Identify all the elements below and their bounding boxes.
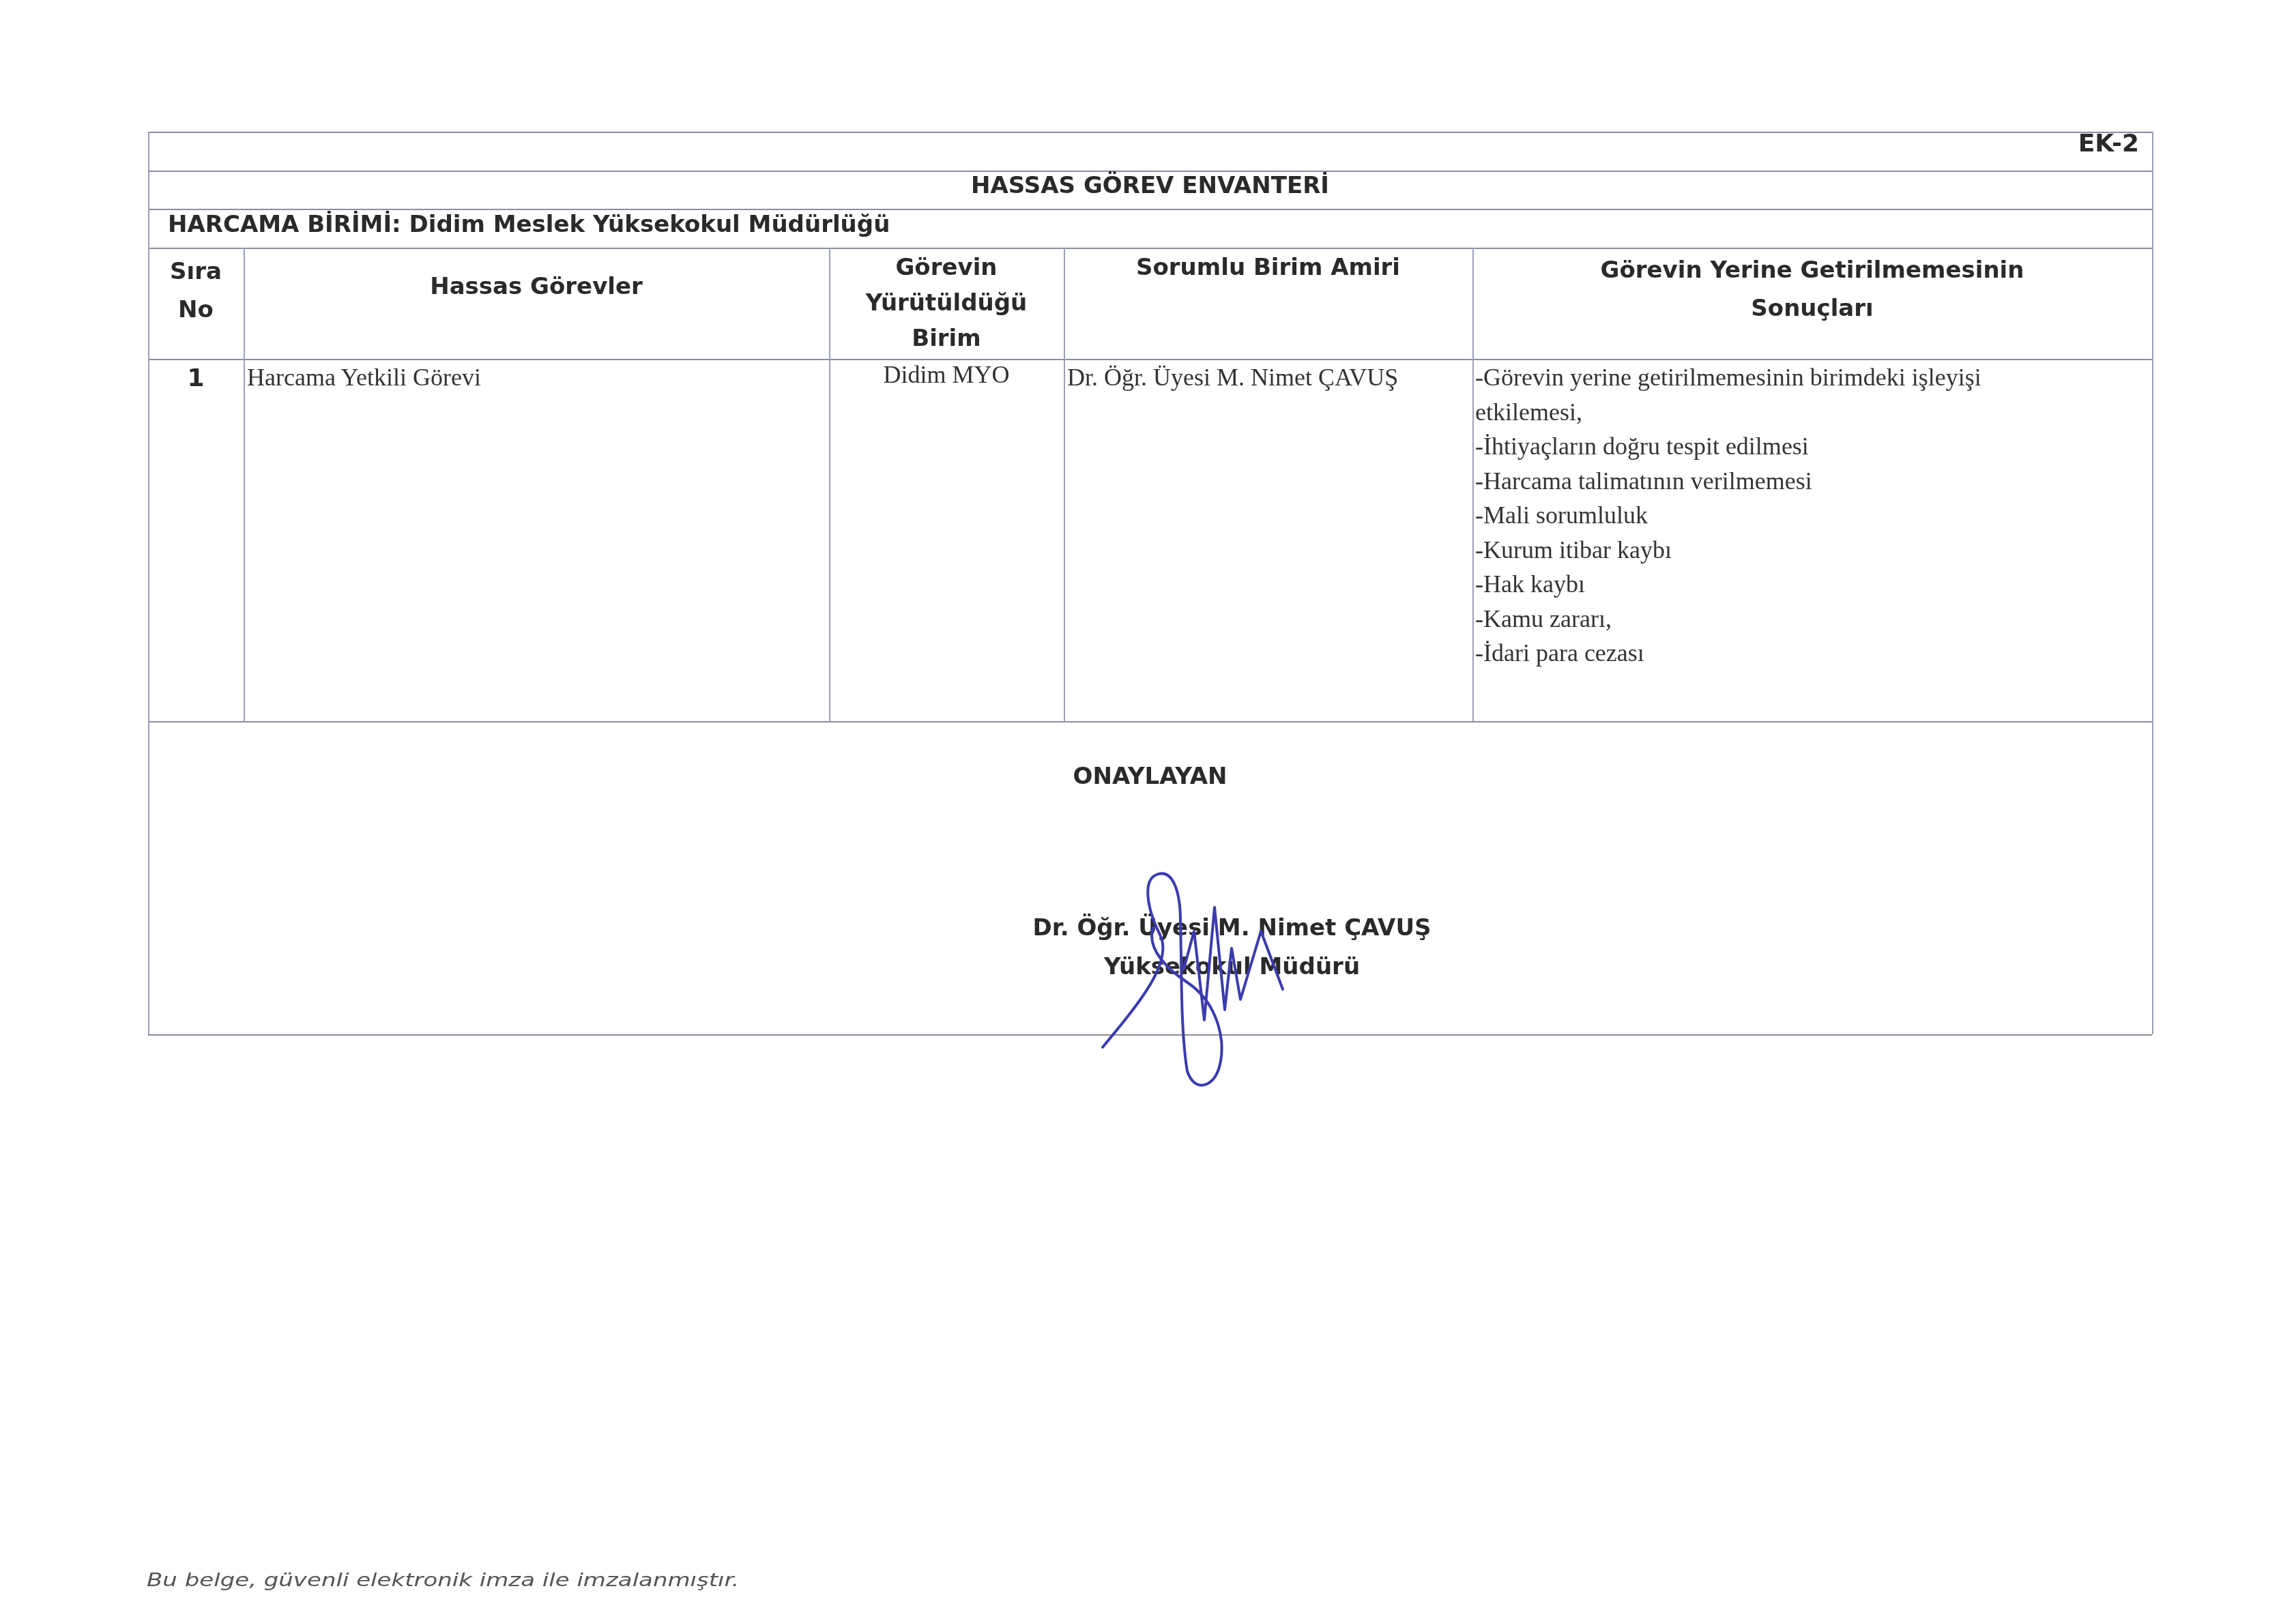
header-sorumlu-birim-amiri: Sorumlu Birim Amiri xyxy=(1064,248,1472,287)
table-top-border xyxy=(148,132,2152,133)
header-sira-no: Sıra No xyxy=(148,252,244,329)
row-1-no: 1 xyxy=(148,362,244,396)
header-sonuclari-line-2: Sonuçları xyxy=(1472,289,2152,327)
header-birim-line-2: Yürütüldüğü xyxy=(829,285,1064,321)
row-1-task: Harcama Yetkili Görevi xyxy=(247,360,481,394)
electronic-signature-note: Bu belge, güvenli elektronik imza ile im… xyxy=(147,1569,739,1591)
consequence-item: -Kurum itibar kaybı xyxy=(1475,533,1981,568)
header-birim-line-3: Birim xyxy=(829,321,1064,356)
handwritten-signature xyxy=(1078,866,1324,1098)
header-hassas-gorevler: Hassas Görevler xyxy=(244,267,829,306)
header-sira: Sıra xyxy=(148,252,244,291)
annex-label: EK-2 xyxy=(2078,130,2139,158)
consequence-item: -İdari para cezası xyxy=(1475,636,1981,671)
consequence-item: -İhtiyaçların doğru tespit edilmesi xyxy=(1475,429,1981,464)
row-1-unit: Didim MYO xyxy=(829,357,1064,392)
row-divider-title xyxy=(148,209,2152,210)
approval-label: ONAYLAYAN xyxy=(148,763,2152,790)
header-birim: Görevin Yürütüldüğü Birim xyxy=(829,250,1064,356)
row-1-supervisor: Dr. Öğr. Üyesi M. Nimet ÇAVUŞ xyxy=(1067,360,1398,394)
header-sonuclari-line-1: Görevin Yerine Getirilmemesinin xyxy=(1472,251,2152,289)
consequence-item: -Harcama talimatının verilmemesi xyxy=(1475,464,1981,499)
row-divider-data xyxy=(148,721,2152,722)
header-no: No xyxy=(148,291,244,329)
consequence-item: etkilemesi, xyxy=(1475,395,1981,430)
header-sonuclari: Görevin Yerine Getirilmemesinin Sonuçlar… xyxy=(1472,251,2152,327)
consequence-item: -Hak kaybı xyxy=(1475,567,1981,602)
spending-unit-value: Didim Meslek Yüksekokul Müdürlüğü xyxy=(409,211,890,238)
table-right-border xyxy=(2152,132,2153,1034)
spending-unit-label: HARCAMA BİRİMİ: xyxy=(168,211,401,238)
consequence-item: -Mali sorumluluk xyxy=(1475,498,1981,533)
header-birim-line-1: Görevin xyxy=(829,250,1064,285)
column-divider-3 xyxy=(1064,248,1065,721)
spending-unit: HARCAMA BİRİMİ: Didim Meslek Yüksekokul … xyxy=(168,211,890,238)
row-1-consequences-list: -Görevin yerine getirilmemesinin birimde… xyxy=(1475,360,1981,671)
document-title: HASSAS GÖREV ENVANTERİ xyxy=(148,172,2152,199)
consequence-item: -Görevin yerine getirilmemesinin birimde… xyxy=(1475,360,1981,395)
consequence-item: -Kamu zararı, xyxy=(1475,602,1981,637)
column-divider-1 xyxy=(244,248,245,721)
document-page: EK-2 HASSAS GÖREV ENVANTERİ HARCAMA BİRİ… xyxy=(0,0,2296,1623)
